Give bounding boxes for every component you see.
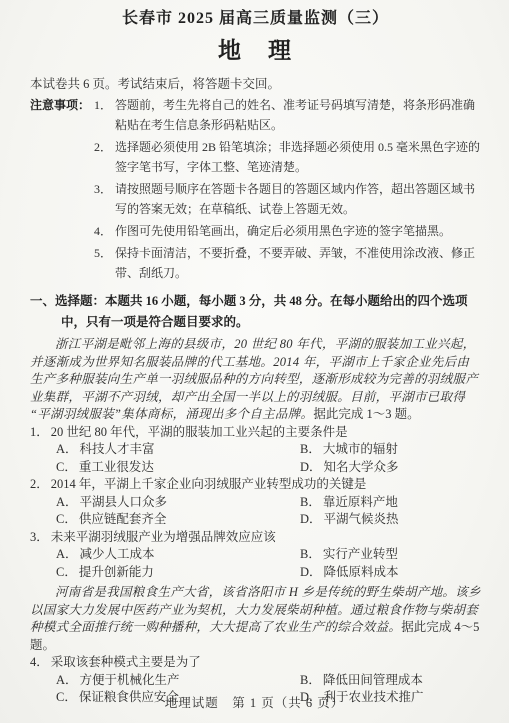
option-d: D．知名大学众多 — [300, 459, 481, 477]
question: 2．2014 年，平湖上千家企业向羽绒服产业转型成功的关键是 A．平湖县人口众多… — [30, 476, 481, 529]
paper-note: 本试卷共 6 页。考试结束后，将答题卡交回。 — [30, 74, 481, 94]
option-label: D． — [300, 565, 322, 579]
passage-closing: 据此完成 1～3 题。 — [313, 407, 419, 421]
option-label: B． — [300, 673, 321, 687]
page-footer: 地理试题 第 1 页（共 6 页） — [0, 693, 509, 711]
option-b: B．降低田间管理成本 — [300, 672, 481, 690]
exam-paper-page: 长春市 2025 届高三质量监测（三） 地 理 本试卷共 6 页。考试结束后，将… — [0, 0, 509, 723]
question-stem: 2．2014 年，平湖上千家企业向羽绒服产业转型成功的关键是 — [30, 476, 481, 494]
question-options: A．减少人工成本 B．实行产业转型 C．提升创新能力 D．降低原料成本 — [30, 546, 481, 581]
option-text: 实行产业转型 — [323, 547, 398, 561]
notice-number: 2． — [94, 140, 112, 154]
notice-number: 5． — [94, 246, 112, 260]
option-text: 大城市的辐射 — [323, 442, 398, 456]
option-d: D．降低原料成本 — [300, 564, 481, 582]
notice-item: 3．请按照题号顺序在答题卡各题目的答题区域内作答，超出答题区域书写的答案无效；在… — [94, 179, 481, 219]
notice-text: 选择题必须使用 2B 铅笔填涂；非选择题必须使用 0.5 毫米黑色字迹的签字笔书… — [115, 140, 480, 174]
notice-text: 答题前，考生先将自己的姓名、准考证号码填写清楚，将条形码准确粘贴在考生信息条形码… — [115, 98, 475, 132]
notice-item: 1．答题前，考生先将自己的姓名、准考证号码填写清楚，将条形码准确粘贴在考生信息条… — [94, 95, 481, 135]
question-stem: 4．采取该套种模式主要是为了 — [30, 654, 481, 672]
notice-item: 2．选择题必须使用 2B 铅笔填涂；非选择题必须使用 0.5 毫米黑色字迹的签字… — [94, 137, 481, 177]
question-number: 4． — [30, 655, 49, 669]
option-b: B．靠近原料产地 — [300, 494, 481, 512]
question-text: 采取该套种模式主要是为了 — [51, 655, 201, 669]
question-number: 2． — [30, 477, 49, 491]
option-c: C．重工业很发达 — [56, 459, 300, 477]
notices-block: 注意事项： 1．答题前，考生先将自己的姓名、准考证号码填写清楚，将条形码准确粘贴… — [30, 95, 481, 285]
question-stem: 1．20 世纪 80 年代，平湖的服装加工业兴起的主要条件是 — [30, 424, 481, 442]
question: 3．未来平湖羽绒服产业为增强品牌效应应该 A．减少人工成本 B．实行产业转型 C… — [30, 529, 481, 582]
notice-text: 作图可先使用铅笔画出，确定后必须用黑色字迹的签字笔描黑。 — [115, 224, 451, 238]
option-text: 提升创新能力 — [79, 565, 154, 579]
option-label: B． — [300, 495, 321, 509]
exam-title: 长春市 2025 届高三质量监测（三） — [30, 8, 481, 30]
option-b: B．实行产业转型 — [300, 546, 481, 564]
notice-text: 请按照题号顺序在答题卡各题目的答题区域内作答，超出答题区域书写的答案无效；在草稿… — [115, 182, 475, 216]
option-c: C．供应链配套齐全 — [56, 511, 300, 529]
notice-items: 1．答题前，考生先将自己的姓名、准考证号码填写清楚，将条形码准确粘贴在考生信息条… — [94, 95, 481, 285]
option-text: 平湖县人口众多 — [80, 495, 168, 509]
question-number: 3． — [30, 530, 49, 544]
option-text: 平湖气候炎热 — [324, 512, 399, 526]
notice-item: 4．作图可先使用铅笔画出，确定后必须用黑色字迹的签字笔描黑。 — [94, 221, 481, 241]
passage: 浙江平湖是毗邻上海的县级市，20 世纪 80 年代，平湖的服装加工业兴起，并逐渐… — [30, 336, 481, 424]
question-text: 未来平湖羽绒服产业为增强品牌效应应该 — [51, 530, 276, 544]
option-text: 知名大学众多 — [324, 460, 399, 474]
option-label: C． — [56, 460, 77, 474]
question-options: A．科技人才丰富 B．大城市的辐射 C．重工业很发达 D．知名大学众多 — [30, 441, 481, 476]
option-label: A． — [56, 547, 78, 561]
option-text: 靠近原料产地 — [323, 495, 398, 509]
option-label: C． — [56, 512, 77, 526]
option-label: B． — [300, 442, 321, 456]
passage: 河南省是我国粮食生产大省，该省洛阳市 H 乡是传统的野生柴胡产地。该乡以国家大力… — [30, 584, 481, 654]
option-a: A．减少人工成本 — [56, 546, 300, 564]
option-label: D． — [300, 460, 322, 474]
option-label: A． — [56, 442, 78, 456]
option-b: B．大城市的辐射 — [300, 441, 481, 459]
option-text: 降低原料成本 — [324, 565, 399, 579]
subject-title: 地 理 — [30, 36, 481, 66]
option-a: A．平湖县人口众多 — [56, 494, 300, 512]
option-label: A． — [56, 673, 78, 687]
notice-number: 1． — [94, 98, 112, 112]
notice-number: 4． — [94, 224, 112, 238]
option-text: 方便于机械化生产 — [80, 673, 180, 687]
question-text: 20 世纪 80 年代，平湖的服装加工业兴起的主要条件是 — [51, 425, 348, 439]
option-label: C． — [56, 565, 77, 579]
option-a: A．科技人才丰富 — [56, 441, 300, 459]
section-header: 一、选择题：本题共 16 小题，每小题 3 分，共 48 分。在每小题给出的四个… — [30, 291, 481, 333]
option-d: D．平湖气候炎热 — [300, 511, 481, 529]
question-number: 1． — [30, 425, 49, 439]
question: 1．20 世纪 80 年代，平湖的服装加工业兴起的主要条件是 A．科技人才丰富 … — [30, 424, 481, 477]
notice-item: 5．保持卡面清洁，不要折叠，不要弄破、弄皱，不准使用涂改液、修正带、刮纸刀。 — [94, 243, 481, 283]
option-label: A． — [56, 495, 78, 509]
option-text: 科技人才丰富 — [80, 442, 155, 456]
notice-number: 3． — [94, 182, 112, 196]
option-c: C．提升创新能力 — [56, 564, 300, 582]
option-label: B． — [300, 547, 321, 561]
option-label: D． — [300, 512, 322, 526]
option-text: 供应链配套齐全 — [79, 512, 167, 526]
question-options: A．平湖县人口众多 B．靠近原料产地 C．供应链配套齐全 D．平湖气候炎热 — [30, 494, 481, 529]
question-text: 2014 年，平湖上千家企业向羽绒服产业转型成功的关键是 — [51, 477, 367, 491]
notices-label: 注意事项： — [30, 95, 94, 285]
option-text: 重工业很发达 — [79, 460, 154, 474]
notice-text: 保持卡面清洁，不要折叠，不要弄破、弄皱，不准使用涂改液、修正带、刮纸刀。 — [115, 246, 475, 280]
question-stem: 3．未来平湖羽绒服产业为增强品牌效应应该 — [30, 529, 481, 547]
option-text: 减少人工成本 — [80, 547, 155, 561]
option-text: 降低田间管理成本 — [323, 673, 423, 687]
option-a: A．方便于机械化生产 — [56, 672, 300, 690]
